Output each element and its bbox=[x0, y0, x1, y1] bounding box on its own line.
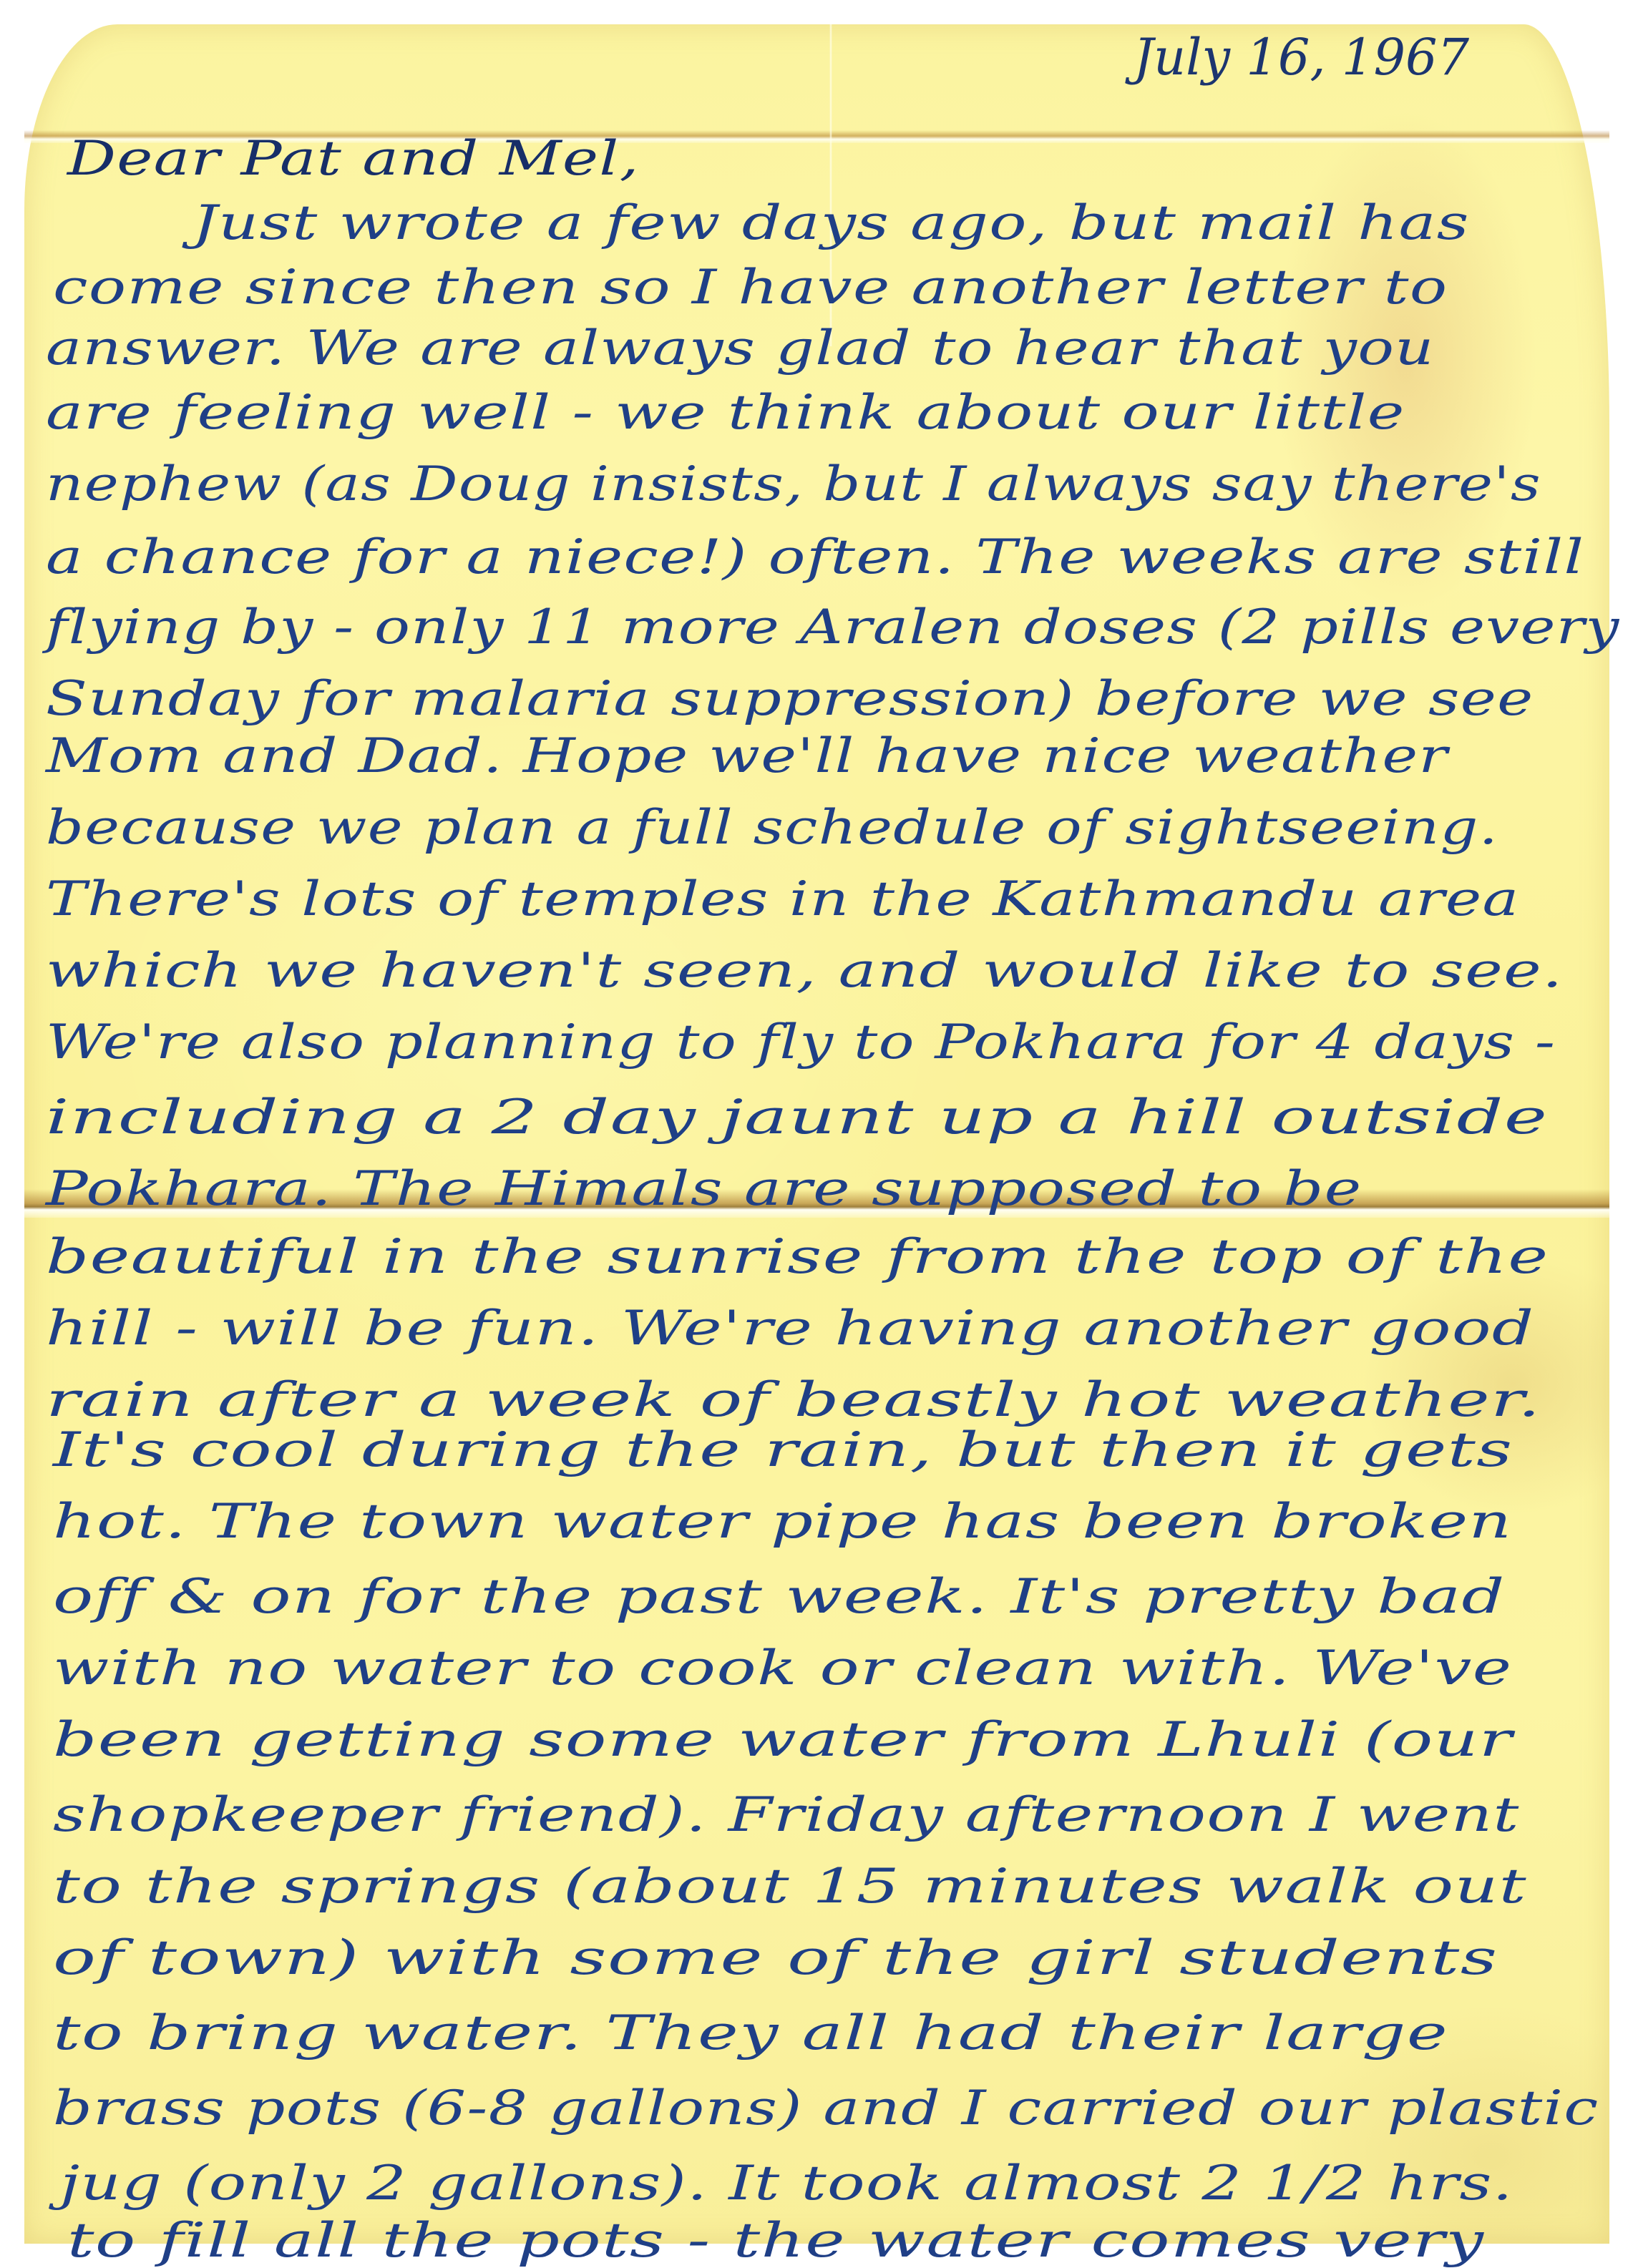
letter-line: nephew (as Doug insists, but I always sa… bbox=[46, 461, 1541, 508]
letter-line: rain after a week of beastly hot weather… bbox=[46, 1377, 1541, 1424]
letter-line: are feeling well - we think about our li… bbox=[46, 389, 1405, 436]
letter-line: There's lots of temples in the Kathmandu… bbox=[46, 876, 1520, 923]
letter-line: to the springs (about 15 minutes walk ou… bbox=[53, 1863, 1527, 1910]
letter-line: off & on for the past week. It's pretty … bbox=[53, 1573, 1506, 1621]
letter-line: shopkeeper friend). Friday afternoon I w… bbox=[53, 1792, 1520, 1839]
letter-line: Just wrote a few days ago, but mail has bbox=[192, 200, 1470, 247]
letter-line: including a 2 day jaunt up a hill outsid… bbox=[46, 1094, 1548, 1141]
letter-line: Sunday for malaria suppression) before w… bbox=[46, 675, 1534, 723]
letter-paper: July 16, 1967 Dear Pat and Mel,Just wrot… bbox=[24, 24, 1609, 2244]
letter-line: with no water to cook or clean with. We'… bbox=[53, 1645, 1512, 1692]
letter-line: hill - will be fun. We're having another… bbox=[46, 1305, 1534, 1352]
letter-line: to bring water. They all had their large bbox=[53, 2010, 1448, 2057]
letter-line: Mom and Dad. Hope we'll have nice weathe… bbox=[46, 733, 1448, 780]
letter-line: Pokhara. The Himals are supposed to be bbox=[46, 1165, 1362, 1213]
letter-line: because we plan a full schedule of sight… bbox=[46, 804, 1498, 851]
letter-line: beautiful in the sunrise from the top of… bbox=[46, 1233, 1549, 1281]
letter-line: answer. We are always glad to hear that … bbox=[46, 325, 1435, 372]
letter-line: hot. The town water pipe has been broken bbox=[53, 1498, 1512, 1545]
letter-line: brass pots (6-8 gallons) and I carried o… bbox=[53, 2085, 1599, 2132]
letter-line: which we haven't seen, and would like to… bbox=[46, 947, 1564, 994]
salutation: Dear Pat and Mel, bbox=[67, 135, 640, 182]
letter-date: July 16, 1967 bbox=[1134, 28, 1469, 87]
letter-line: We're also planning to fly to Pokhara fo… bbox=[46, 1019, 1556, 1066]
letter-line: to fill all the pots - the water comes v… bbox=[67, 2217, 1484, 2264]
letter-line: It's cool during the rain, but then it g… bbox=[53, 1427, 1513, 1474]
letter-line: of town) with some of the girl students bbox=[53, 1935, 1498, 1982]
letter-line: a chance for a niece!) often. The weeks … bbox=[46, 534, 1584, 581]
letter-line: been getting some water from Lhuli (our bbox=[53, 1716, 1513, 1764]
letter-line: jug (only 2 gallons). It took almost 2 1… bbox=[60, 2160, 1513, 2207]
letter-line: come since then so I have another letter… bbox=[53, 264, 1448, 311]
letter-line: flying by - only 11 more Aralen doses (2… bbox=[46, 604, 1620, 651]
